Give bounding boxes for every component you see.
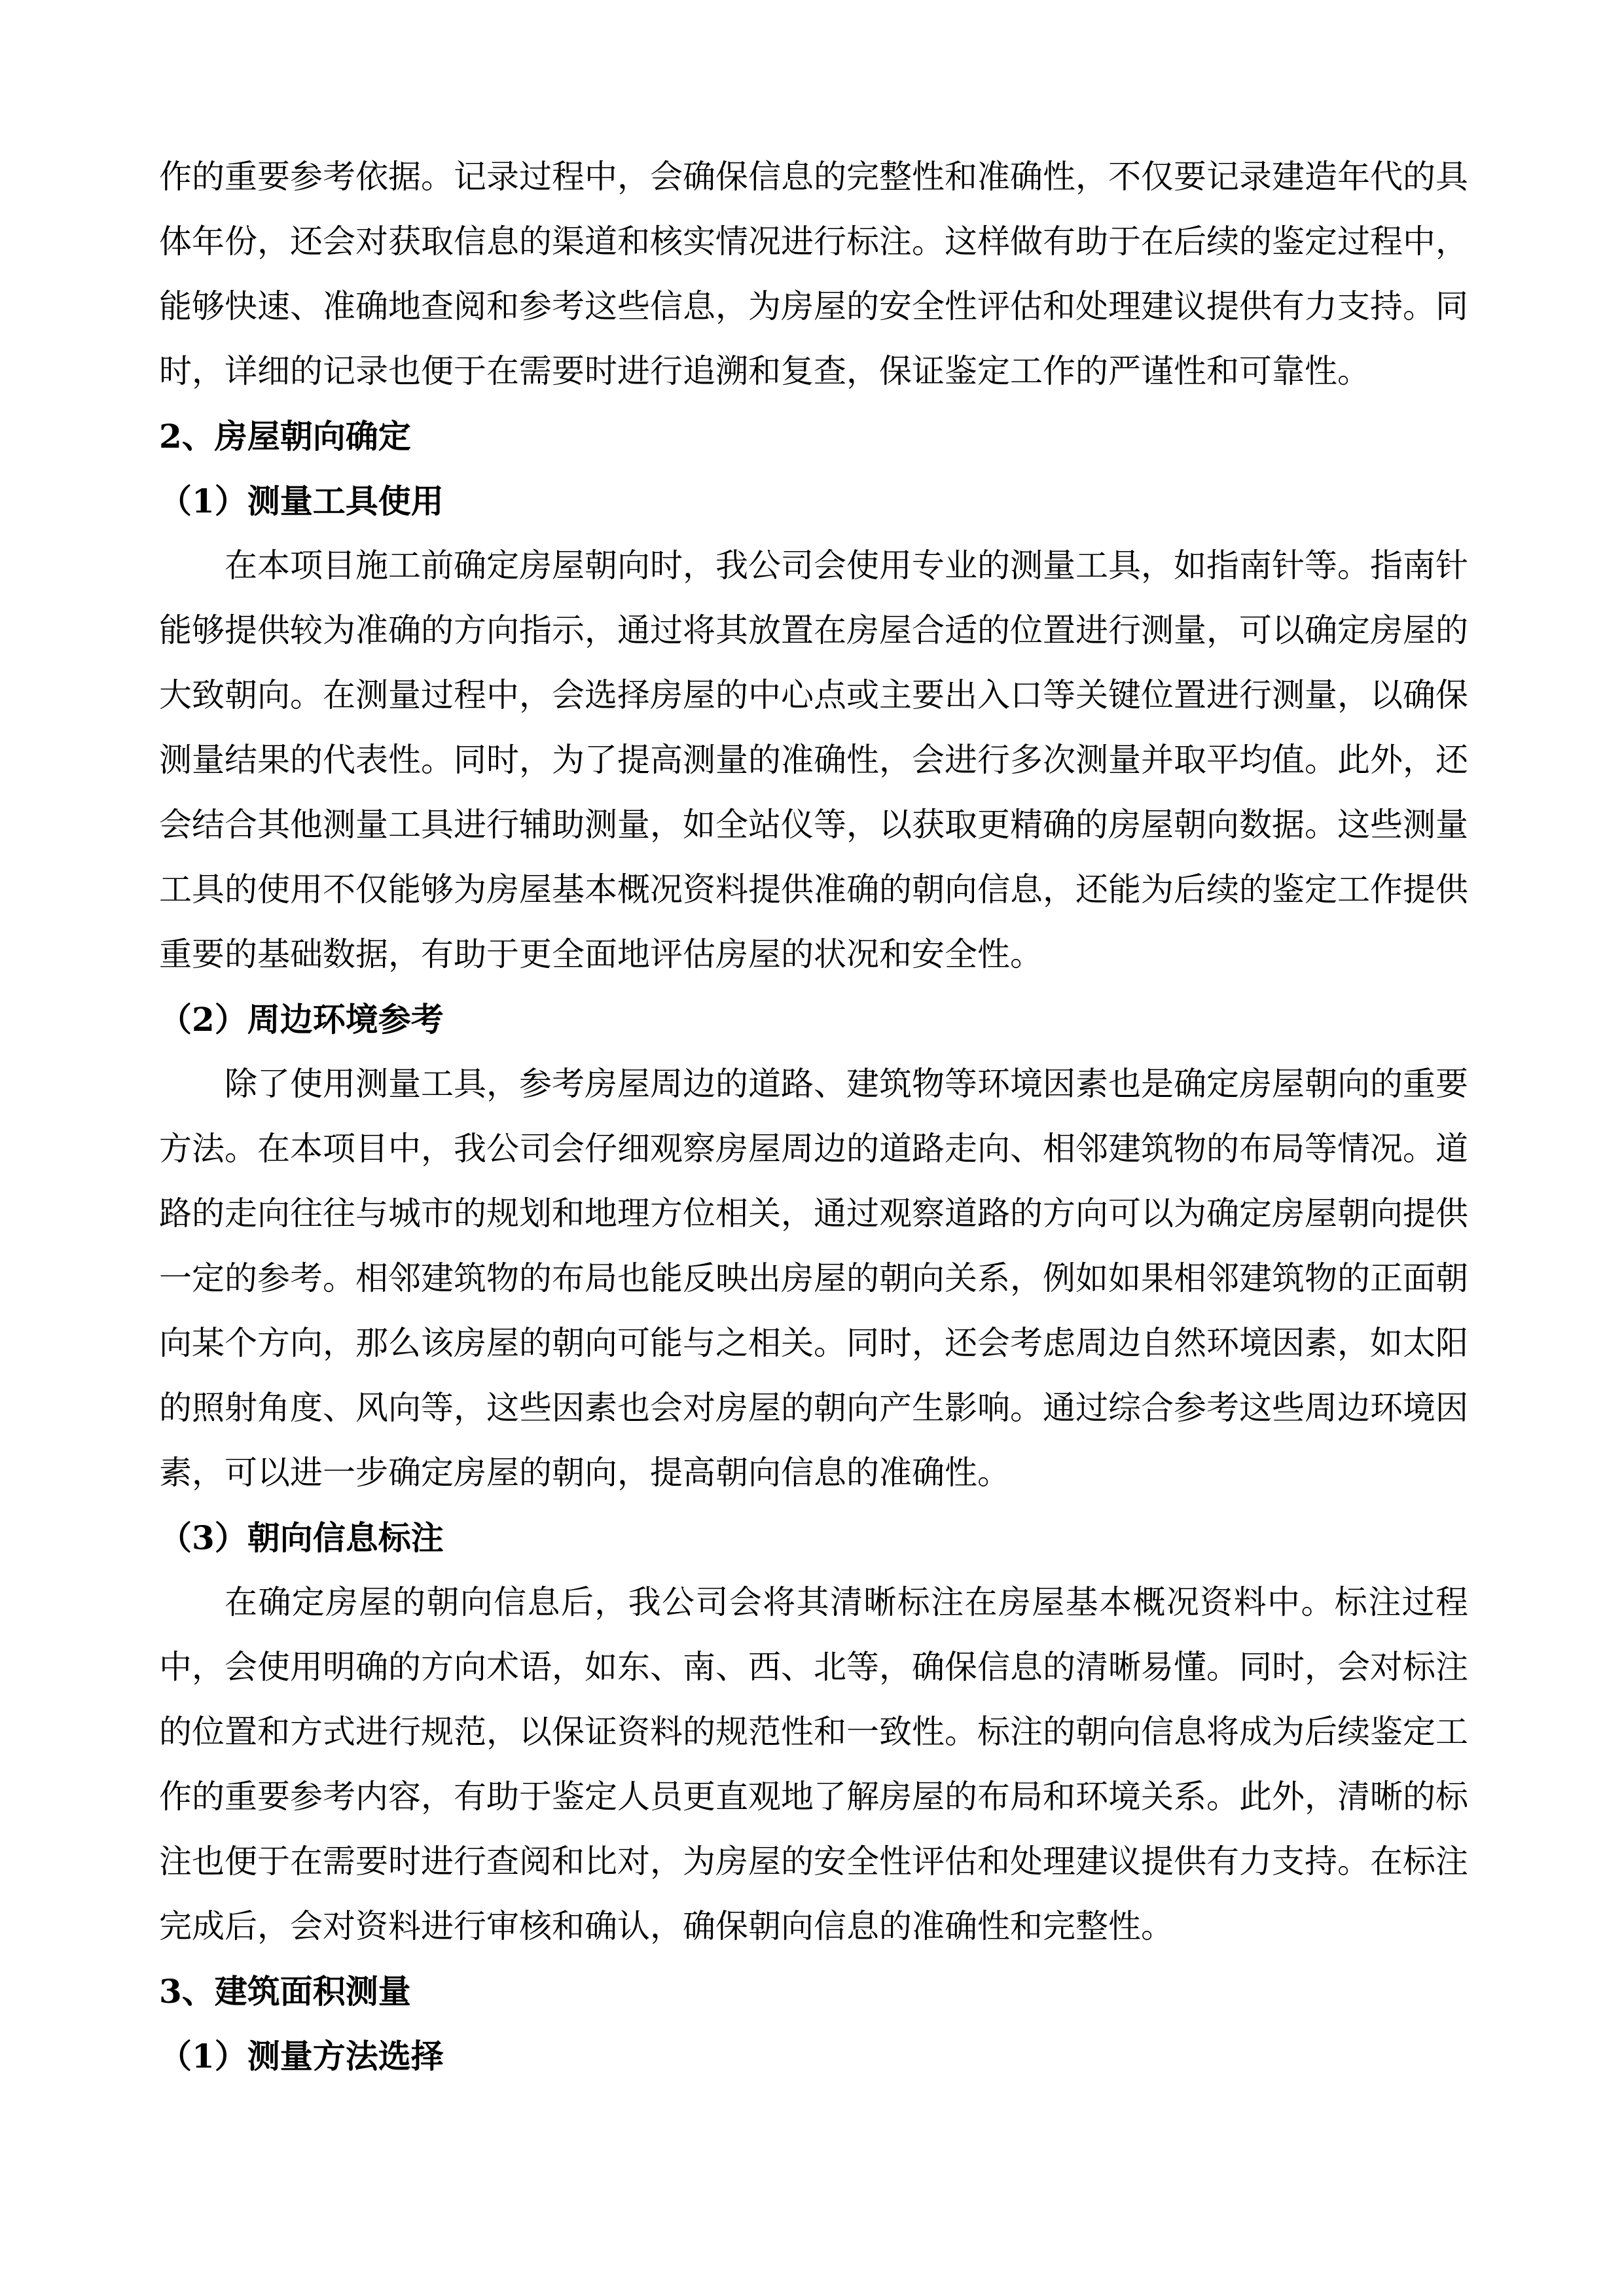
section-heading: 3、建筑面积测量 [159, 1959, 1468, 2024]
sub-section-heading: （3）朝向信息标注 [159, 1505, 1468, 1570]
sub-section-heading: （2）周边环境参考 [159, 987, 1468, 1052]
body-paragraph: 在本项目施工前确定房屋朝向时，我公司会使用专业的测量工具，如指南针等。指南针能够… [159, 533, 1468, 987]
document-content: 作的重要参考依据。记录过程中，会确保信息的完整性和准确性，不仅要记录建造年代的具… [159, 145, 1468, 2089]
sub-section-heading: （1）测量方法选择 [159, 2024, 1468, 2089]
body-paragraph: 在确定房屋的朝向信息后，我公司会将其清晰标注在房屋基本概况资料中。标注过程中，会… [159, 1570, 1468, 1959]
body-paragraph: 除了使用测量工具，参考房屋周边的道路、建筑物等环境因素也是确定房屋朝向的重要方法… [159, 1052, 1468, 1505]
document-page: 作的重要参考依据。记录过程中，会确保信息的完整性和准确性，不仅要记录建造年代的具… [0, 0, 1624, 2296]
body-paragraph: 作的重要参考依据。记录过程中，会确保信息的完整性和准确性，不仅要记录建造年代的具… [159, 145, 1468, 404]
section-heading: 2、房屋朝向确定 [159, 404, 1468, 469]
sub-section-heading: （1）测量工具使用 [159, 469, 1468, 533]
